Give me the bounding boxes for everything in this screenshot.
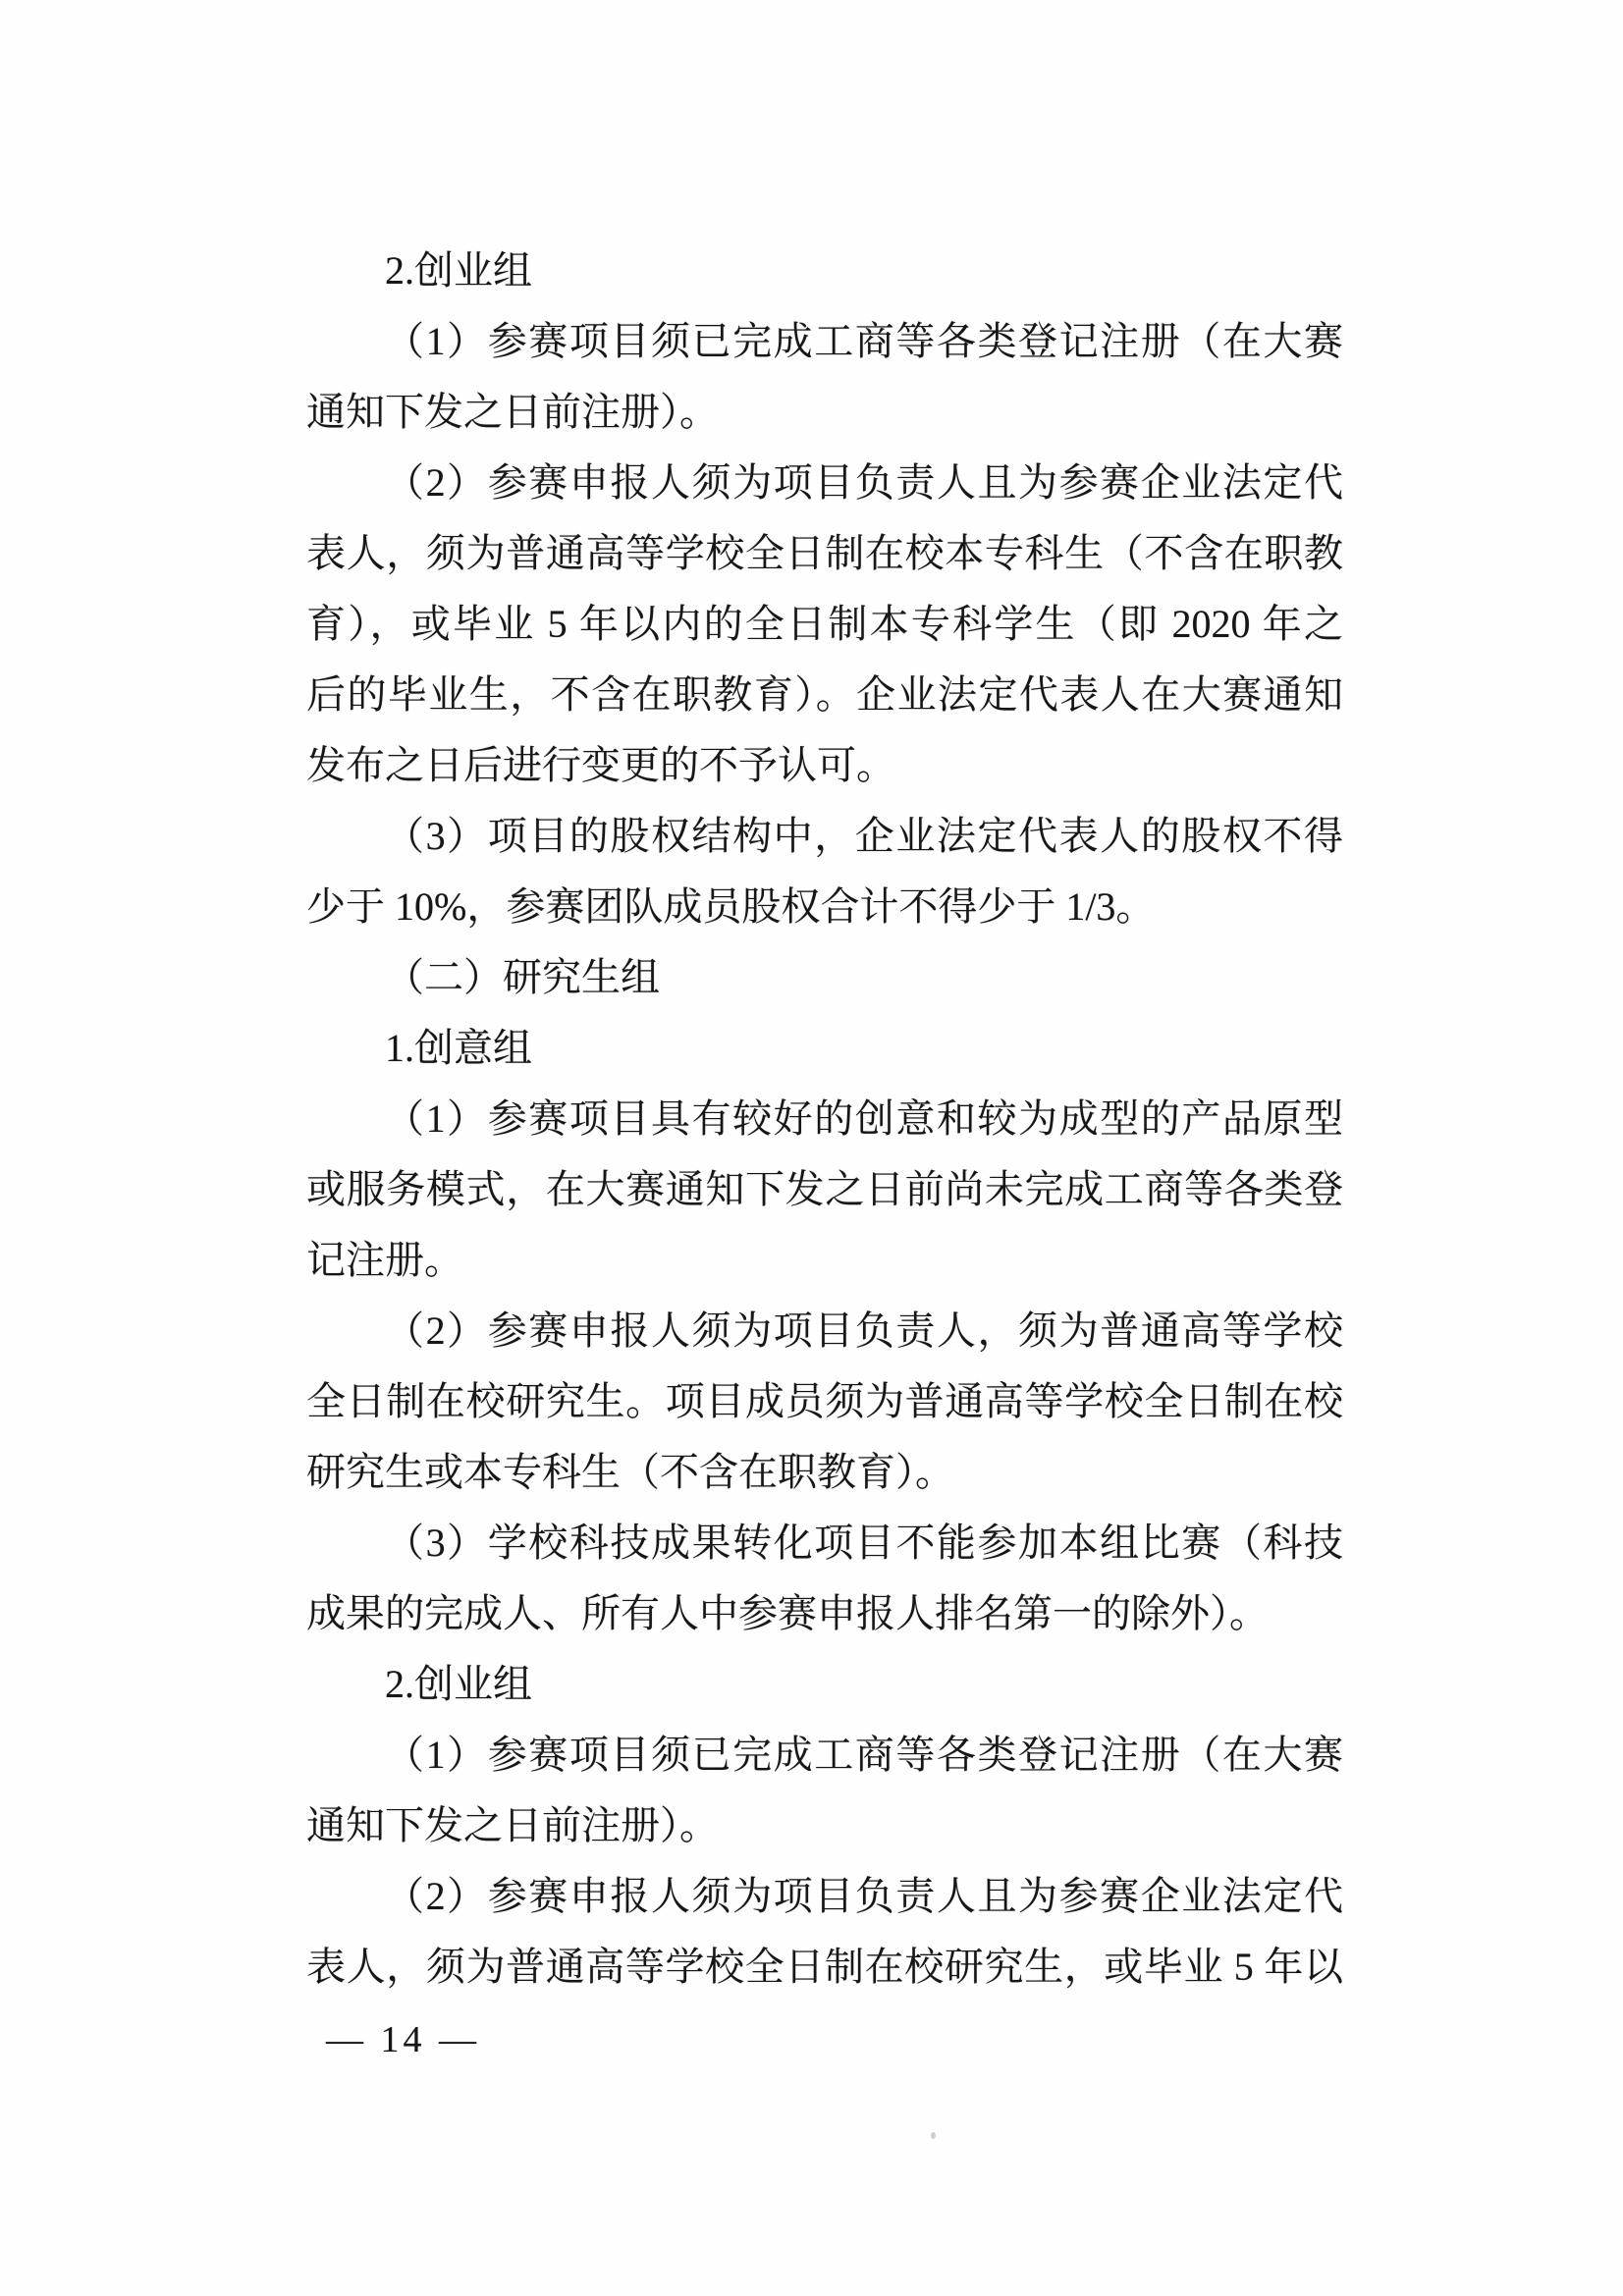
text-line: （3）项目的股权结构中，企业法定代表人的股权不得 bbox=[306, 801, 1343, 872]
text-line: 2.创业组 bbox=[306, 236, 1343, 306]
text-line: 2.创业组 bbox=[306, 1649, 1343, 1720]
document-page: 2.创业组（1）参赛项目须已完成工商等各类登记注册（在大赛通知下发之日前注册）。… bbox=[0, 0, 1623, 2296]
document-body: 2.创业组（1）参赛项目须已完成工商等各类登记注册（在大赛通知下发之日前注册）。… bbox=[306, 236, 1343, 2002]
text-line: 后的毕业生，不含在职教育）。企业法定代表人在大赛通知 bbox=[306, 660, 1343, 730]
text-line: （2）参赛申报人须为项目负责人且为参赛企业法定代 bbox=[306, 1861, 1343, 1932]
text-line: 表人，须为普通高等学校全日制在校本专科生（不含在职教 bbox=[306, 518, 1343, 589]
scan-artifact-dot bbox=[931, 2132, 936, 2139]
text-line: （二）研究生组 bbox=[306, 942, 1343, 1013]
text-line: （1）参赛项目须已完成工商等各类登记注册（在大赛 bbox=[306, 1720, 1343, 1790]
text-line: （1）参赛项目具有较好的创意和较为成型的产品原型 bbox=[306, 1084, 1343, 1154]
text-line: 1.创意组 bbox=[306, 1013, 1343, 1084]
text-line: 发布之日后进行变更的不予认可。 bbox=[306, 730, 1343, 801]
text-line: （3）学校科技成果转化项目不能参加本组比赛（科技 bbox=[306, 1508, 1343, 1578]
page-footer: — 14 — bbox=[326, 2004, 480, 2075]
page-number: — 14 — bbox=[326, 2019, 480, 2060]
text-line: 育），或毕业 5 年以内的全日制本专科学生（即 2020 年之 bbox=[306, 589, 1343, 660]
text-line: 全日制在校研究生。项目成员须为普通高等学校全日制在校 bbox=[306, 1366, 1343, 1437]
text-line: 或服务模式，在大赛通知下发之日前尚未完成工商等各类登 bbox=[306, 1154, 1343, 1225]
text-line: 记注册。 bbox=[306, 1225, 1343, 1296]
text-line: （2）参赛申报人须为项目负责人且为参赛企业法定代 bbox=[306, 448, 1343, 518]
text-line: 表人，须为普通高等学校全日制在校研究生，或毕业 5 年以 bbox=[306, 1932, 1343, 2002]
text-line: 研究生或本专科生（不含在职教育）。 bbox=[306, 1437, 1343, 1508]
text-line: 少于 10%，参赛团队成员股权合计不得少于 1/3。 bbox=[306, 872, 1343, 942]
text-line: （1）参赛项目须已完成工商等各类登记注册（在大赛 bbox=[306, 306, 1343, 377]
text-line: （2）参赛申报人须为项目负责人，须为普通高等学校 bbox=[306, 1296, 1343, 1366]
text-line: 通知下发之日前注册）。 bbox=[306, 1790, 1343, 1861]
text-line: 通知下发之日前注册）。 bbox=[306, 377, 1343, 448]
text-line: 成果的完成人、所有人中参赛申报人排名第一的除外）。 bbox=[306, 1578, 1343, 1649]
